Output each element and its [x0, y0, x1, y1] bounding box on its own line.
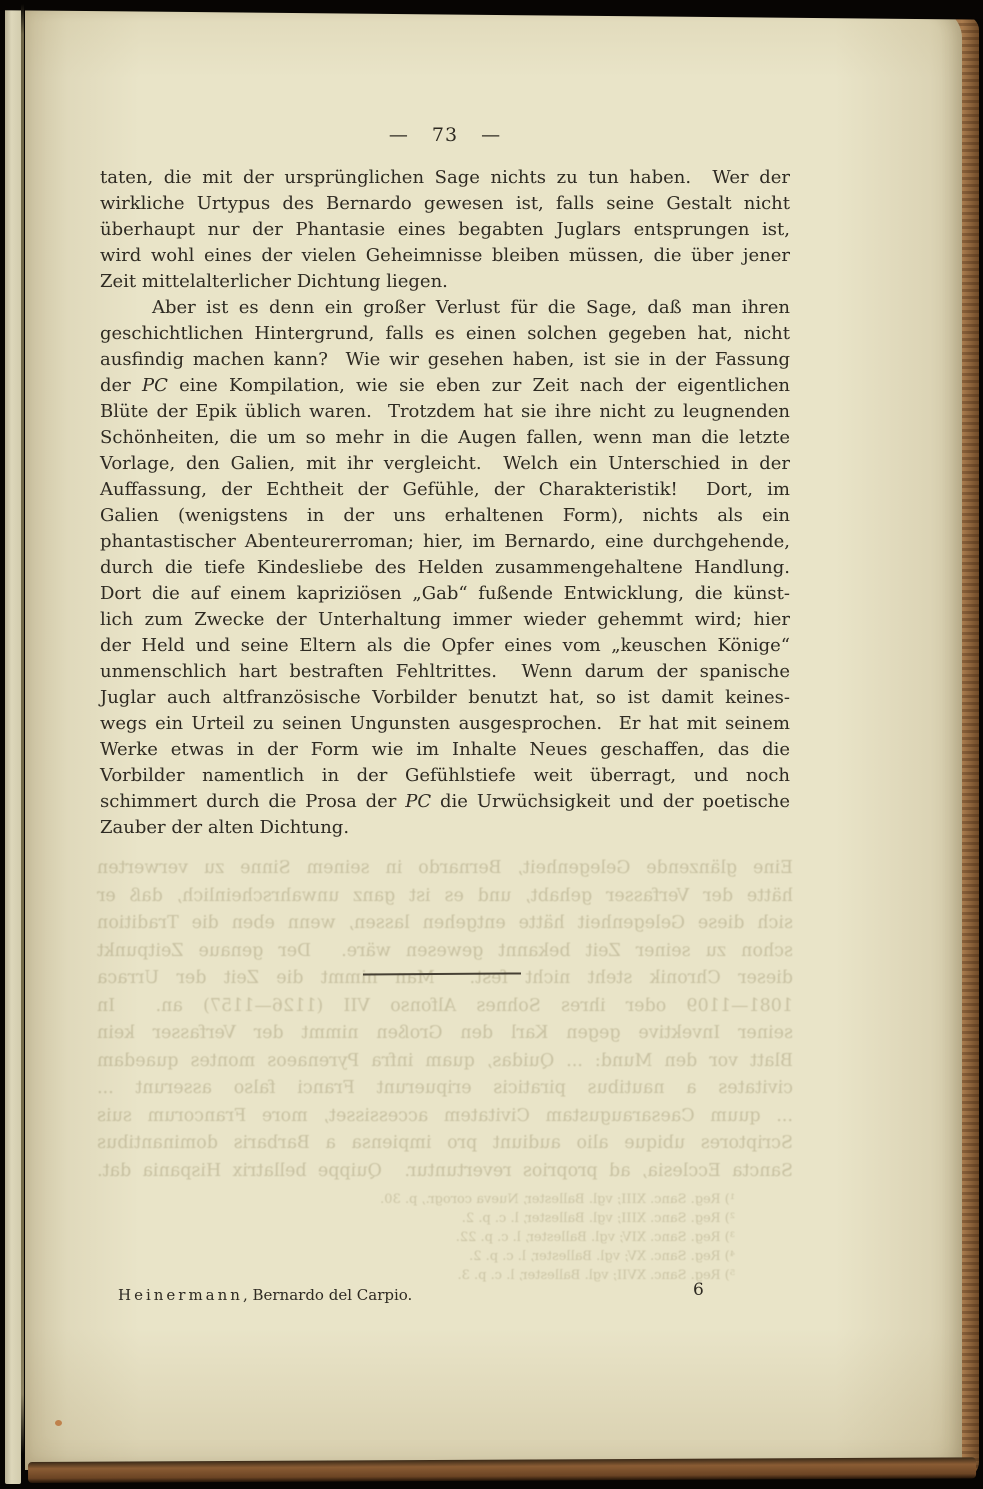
text-line: geschichtlichen Hintergrund, falls es ei…	[100, 321, 790, 347]
bleedthrough-footnote-line: ⁵) Reg. Sanc. XVII; vgl. Ballester, l. c…	[265, 1266, 735, 1285]
text-line: Juglar auch altfranzösische Vorbilder be…	[100, 685, 790, 711]
text-line: Aber ist es denn ein großer Verlust für …	[100, 295, 790, 321]
text-line: Galien (wenigstens in der uns erhaltenen…	[100, 503, 790, 529]
gutter-shadow-line	[21, 4, 24, 1466]
bleedthrough-line: hätte der Verfasser gehabt, und es ist g…	[97, 883, 793, 911]
text-line: der Held und seine Eltern als die Opfer …	[100, 633, 790, 659]
bleedthrough-line: seiner Invektive gegen Karl den Großen n…	[97, 1020, 793, 1048]
text-line: unmenschlich hart bestraften Fehltrittes…	[100, 659, 790, 685]
book-scan: — 73 — Eine glänzende Gelegenheit, Berna…	[0, 0, 983, 1489]
text-line: durch die tiefe Kindesliebe des Helden z…	[100, 555, 790, 581]
running-footer-title: , Bernardo del Carpio.	[243, 1286, 412, 1304]
bleedthrough-line: Scriptores ubique alio audiunt pro impie…	[97, 1130, 793, 1158]
bleedthrough-text: Eine glänzende Gelegenheit, Bernardo in …	[97, 855, 793, 1185]
running-footer-author: Heinermann	[118, 1286, 243, 1304]
bleedthrough-line: Blatt vor den Mund: ... Quidas, quam inf…	[97, 1048, 793, 1076]
text-line: der PC eine Kompilation, wie sie eben zu…	[100, 373, 790, 399]
bleedthrough-line: ... quum Caesaraugustam Civitatem access…	[97, 1103, 793, 1131]
text-line: Zauber der alten Dichtung.	[100, 815, 790, 841]
text-line: Blüte der Epik üblich waren. Trotzdem ha…	[100, 399, 790, 425]
facing-page-edge	[5, 4, 21, 1484]
text-line: wirkliche Urtypus des Bernardo gewesen i…	[100, 191, 790, 217]
bleedthrough-line: Eine glänzende Gelegenheit, Bernardo in …	[97, 855, 793, 883]
text-line: Werke etwas in der Form wie im Inhalte N…	[100, 737, 790, 763]
text-line: Auffassung, der Echtheit der Gefühle, de…	[100, 477, 790, 503]
text-line: Zeit mittelalterlicher Dichtung liegen.	[100, 269, 790, 295]
bleedthrough-line: Sancta Ecclesia, ad proprios revertuntur…	[97, 1158, 793, 1186]
bleedthrough-line: schon zu seiner Zeit bekannt gewesen wär…	[97, 938, 793, 966]
bleedthrough-line: dieser Chronik steht nicht fest. Man nim…	[97, 965, 793, 993]
bleedthrough-line: civitates a nautibus piraticis eripuerun…	[97, 1075, 793, 1103]
text-line: Schönheiten, die um so mehr in die Augen…	[100, 425, 790, 451]
bleedthrough-line: 1081—1109 oder ihres Sohnes Alfonso VII …	[97, 993, 793, 1021]
text-line: lich zum Zwecke der Unterhaltung immer w…	[100, 607, 790, 633]
text-line: überhaupt nur der Phantasie eines begabt…	[100, 217, 790, 243]
bleedthrough-footnote-line: ⁴) Reg. Sanc. XV; vgl. Ballester, l. c. …	[265, 1247, 735, 1266]
bleedthrough-footnote-line: ³) Reg. Sanc. XIV; vgl. Ballester, l. c.…	[265, 1228, 735, 1247]
book-page: — 73 — Eine glänzende Gelegenheit, Berna…	[25, 8, 962, 1470]
text-line: schimmert durch die Prosa der PC die Urw…	[100, 789, 790, 815]
bleedthrough-line: sich diese Gelegenheit hätte entgehen la…	[97, 910, 793, 938]
text-line: wegs ein Urteil zu seinen Ungunsten ausg…	[100, 711, 790, 737]
running-footer: Heinermann, Bernardo del Carpio.	[118, 1286, 412, 1304]
text-line: Dort die auf einem kapriziösen „Gab“ fuß…	[100, 581, 790, 607]
ink-stain	[55, 1420, 62, 1426]
page-number: — 73 —	[100, 124, 790, 146]
text-line: ausfindig machen kann? Wie wir gesehen h…	[100, 347, 790, 373]
bleedthrough-footnote-line: ²) Reg. Sanc. XIII; vgl. Ballester, l. c…	[265, 1209, 735, 1228]
separator-rule	[363, 972, 521, 975]
bleedthrough-footnote-line: ¹) Reg. Sanc. XIII; vgl. Ballester, Nuev…	[265, 1190, 735, 1209]
text-line: wird wohl eines der vielen Geheimnisse b…	[100, 243, 790, 269]
book-bottom-edge	[28, 1457, 976, 1483]
signature-mark: 6	[693, 1280, 704, 1300]
bleedthrough-footnotes: ¹) Reg. Sanc. XIII; vgl. Ballester, Nuev…	[265, 1190, 735, 1285]
text-line: Vorlage, den Galien, mit ihr vergleicht.…	[100, 451, 790, 477]
body-text: taten, die mit der ursprünglichen Sage n…	[100, 165, 790, 841]
text-line: phantastischer Abenteurerroman; hier, im…	[100, 529, 790, 555]
text-line: Vorbilder namentlich in der Gefühlstiefe…	[100, 763, 790, 789]
text-line: taten, die mit der ursprünglichen Sage n…	[100, 165, 790, 191]
